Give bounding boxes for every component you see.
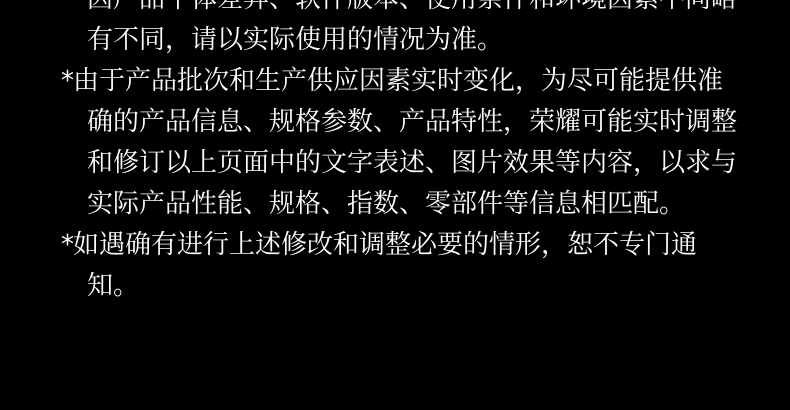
disclaimer-line: 实际产品性能、规格、指数、零部件等信息相匹配。: [87, 184, 790, 225]
disclaimer-line-clipped: 因产品个体差异、软件版本、使用条件和环境因素不同略: [87, 0, 790, 20]
asterisk-marker: *: [61, 61, 73, 102]
disclaimer-line-text: 实际产品性能、规格、指数、零部件等信息相匹配。: [87, 189, 685, 219]
disclaimer-line-text: 如遇确有进行上述修改和调整必要的情形，恕不专门通: [73, 230, 697, 260]
asterisk-marker: *: [61, 225, 73, 266]
disclaimer-line: *由于产品批次和生产供应因素实时变化，为尽可能提供准: [61, 61, 790, 102]
disclaimer-line: *如遇确有进行上述修改和调整必要的情形，恕不专门通: [61, 225, 790, 266]
disclaimer-line-text: 因产品个体差异、软件版本、使用条件和环境因素不同略: [87, 0, 737, 14]
disclaimer-line-text: 确的产品信息、规格参数、产品特性，荣耀可能实时调整: [87, 107, 737, 137]
disclaimer-line-text: 有不同，请以实际使用的情况为准。: [87, 25, 503, 55]
disclaimer-line-text: 和修订以上页面中的文字表述、图片效果等内容，以求与: [87, 148, 737, 178]
disclaimer-line: 有不同，请以实际使用的情况为准。: [87, 20, 790, 61]
disclaimer-line: 和修订以上页面中的文字表述、图片效果等内容，以求与: [87, 143, 790, 184]
disclaimer-line: 知。: [87, 266, 790, 307]
disclaimer-line-text: 知。: [87, 271, 139, 301]
disclaimer-text-block: 因产品个体差异、软件版本、使用条件和环境因素不同略 有不同，请以实际使用的情况为…: [0, 0, 790, 307]
disclaimer-line-text: 由于产品批次和生产供应因素实时变化，为尽可能提供准: [73, 66, 723, 96]
disclaimer-line: 确的产品信息、规格参数、产品特性，荣耀可能实时调整: [87, 102, 790, 143]
